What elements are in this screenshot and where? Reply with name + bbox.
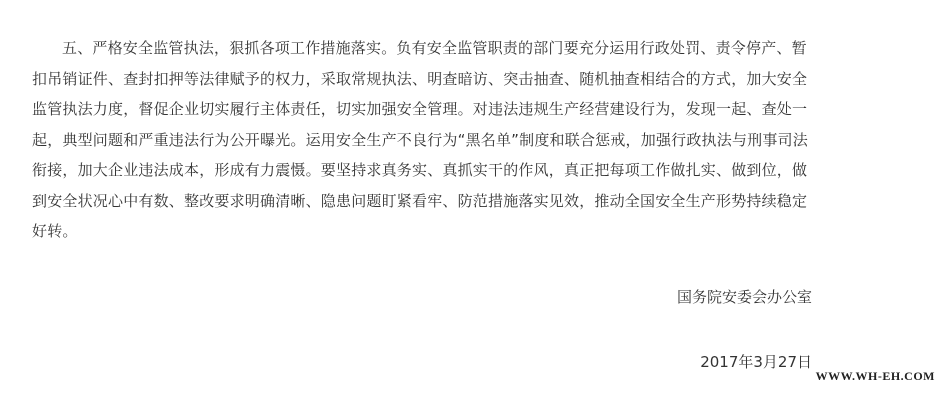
issue-date: 2017年3月27日 — [700, 351, 812, 372]
paragraph-five: 五、严格安全监管执法，狠抓各项工作措施落实。负有安全监管职责的部门要充分运用行政… — [32, 33, 812, 247]
site-watermark: WWW.WH-EH.COM — [816, 369, 935, 384]
document-body: 五、严格安全监管执法，狠抓各项工作措施落实。负有安全监管职责的部门要充分运用行政… — [32, 33, 812, 247]
issuer-signature: 国务院安委会办公室 — [677, 286, 812, 307]
